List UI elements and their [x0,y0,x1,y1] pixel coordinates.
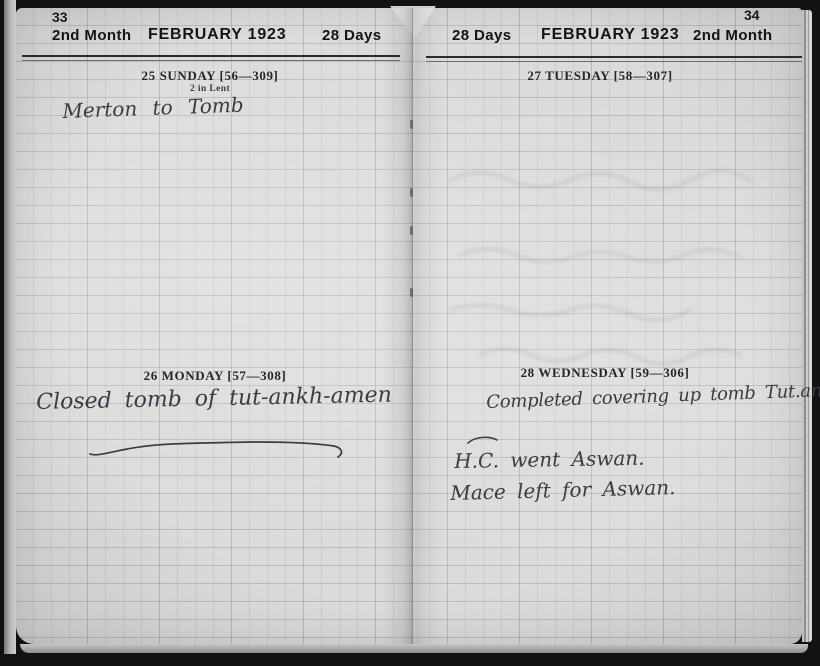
right-page-number: 34 [744,7,760,23]
left-days-label: 28 Days [322,27,382,44]
page-stack-bottom-edge [20,644,808,653]
flourish-underline [82,436,352,462]
binding-gutter [382,8,444,644]
day-of-year-numbers: [57—308] [227,368,286,383]
day-heading-tuesday: 27 TUESDAY [58—307] [470,68,730,84]
header-rule-thin [426,61,802,62]
binding-stitch [410,188,413,197]
day-name: 25 SUNDAY [142,68,220,83]
right-page-title: FEBRUARY 1923 [541,26,679,44]
day-of-year-numbers: [58—307] [614,68,673,83]
book-cover-left-edge [4,0,16,654]
binding-seam [412,8,413,644]
right-month-label: 2nd Month [693,27,772,44]
day-subheading-lent: 2 in Lent [90,84,330,94]
binding-stitch [410,288,413,297]
pen-mark [466,434,500,446]
day-name: 28 WEDNESDAY [521,365,631,380]
binding-stitch [410,120,413,129]
left-page-number: 33 [52,9,68,25]
diary-scan: 33 2nd Month FEBRUARY 1923 28 Days 34 28… [0,0,820,666]
day-of-year-numbers: [56—309] [220,68,279,83]
ink-bleedthrough-ghost [440,160,800,380]
day-heading-sunday: 25 SUNDAY [56—309] [90,68,330,84]
header-rule-thin [22,60,400,61]
left-page-title: FEBRUARY 1923 [148,26,286,44]
header-rule [22,55,400,57]
binding-stitch [410,226,413,235]
page-stack-fore-edge [802,10,812,642]
day-of-year-numbers: [59—306] [630,365,689,380]
right-days-label: 28 Days [452,27,512,44]
day-name: 27 TUESDAY [527,68,613,83]
day-heading-monday: 26 MONDAY [57—308] [90,368,340,384]
header-rule [426,56,802,58]
day-name: 26 MONDAY [144,368,228,383]
left-month-label: 2nd Month [52,27,131,44]
handwritten-note: H.C. went Aswan. [454,446,645,473]
day-heading-wednesday: 28 WEDNESDAY [59—306] [470,365,740,381]
